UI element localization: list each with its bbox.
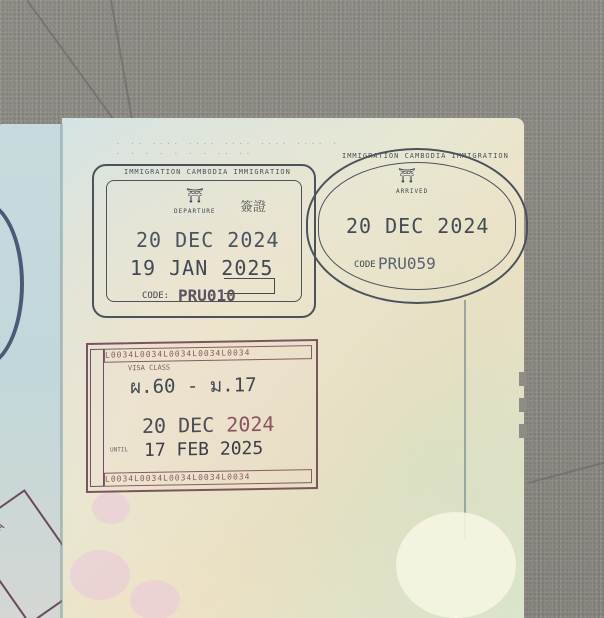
perforation-dots: · ·· ···· ···· ···· ···· ···· · xyxy=(116,140,340,148)
stamp-ring-text: IMMIGRATION CAMBODIA IMMIGRATION xyxy=(124,168,291,176)
stamp-ring-text: IMMIGRATION CAMBODIA IMMIGRATION xyxy=(342,152,509,160)
page-edge-notch xyxy=(519,398,527,412)
stamp-bottom-band: L0034L0034L0034L0034L0034 xyxy=(104,469,312,487)
stamp-top-band: L0034L0034L0034L0034L0034 xyxy=(104,345,312,363)
until-label: UNTIL xyxy=(110,446,128,453)
cherry-blossom xyxy=(70,550,130,600)
stamp-date-expiry: 19 JAN 2025 xyxy=(130,256,273,280)
stamp-subtitle: ARRIVED xyxy=(396,188,428,195)
stamp-until-date: 17 FEB 2025 xyxy=(144,438,263,461)
stamp-code-label: CODE: xyxy=(142,291,169,301)
cherry-blossom xyxy=(92,492,130,524)
stamp-side-band xyxy=(90,349,104,487)
cherry-blossom xyxy=(130,580,180,618)
stamp-cjk-text: 簽證 xyxy=(240,196,266,215)
cambodia-departure-stamp: IMMIGRATION CAMBODIA IMMIGRATION ⛩ 簽證 DE… xyxy=(92,164,316,318)
stamp-date-issued: 20 DEC 2024 xyxy=(136,228,279,252)
page-thread xyxy=(464,300,466,540)
white-flower xyxy=(396,512,516,618)
stamp-date: 20 DEC 2024 xyxy=(346,214,489,238)
passport-spine xyxy=(60,124,63,618)
crest-icon: ⛩ xyxy=(398,168,416,184)
perforation-dots: · · · · · · · ·· ·· xyxy=(116,150,253,158)
stamp-date-daymonth: 20 DEC xyxy=(142,413,214,438)
cambodia-oval-stamp: IMMIGRATION CAMBODIA IMMIGRATION ⛩ ARRIV… xyxy=(306,148,528,304)
stamp-code: PRU059 xyxy=(378,254,436,273)
stamp-date: 20 DEC 2024 xyxy=(142,412,274,438)
stamp-subtitle: DEPARTURE xyxy=(174,208,216,215)
page-edge-notch xyxy=(519,424,527,438)
page-edge-notch xyxy=(519,372,527,386)
thailand-entry-stamp: L0034L0034L0034L0034L0034 VISA CLASS ผ.6… xyxy=(86,339,318,493)
stamp-code-label: CODE xyxy=(354,260,376,270)
stamp-date-year: 2024 xyxy=(226,412,274,437)
stamp-code: PRU010 xyxy=(178,286,236,305)
visa-class-value: ผ.60 - ม.17 xyxy=(130,370,257,402)
crest-icon: ⛩ xyxy=(186,188,204,204)
